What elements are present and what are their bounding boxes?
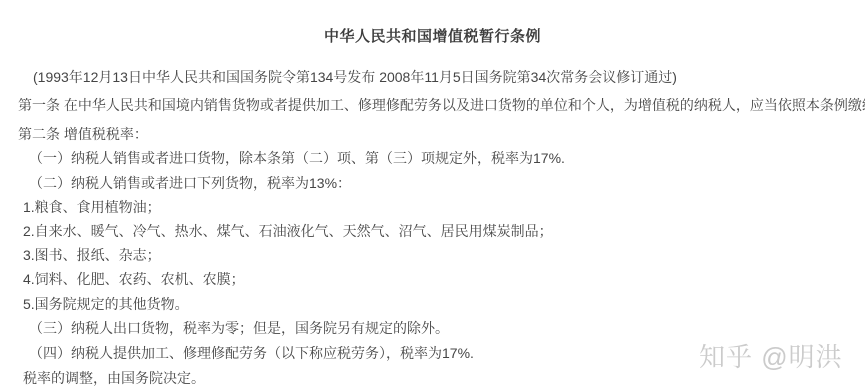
article-2-item-1: （一）纳税人销售或者进口货物，除本条第（二）项、第（三）项规定外，税率为17%.: [29, 151, 565, 166]
document-page: 中华人民共和国增值税暂行条例 (1993年12月13日中华人民共和国国务院令第1…: [0, 0, 865, 390]
goods-list-3: 3.图书、报纸、杂志；: [23, 248, 161, 263]
zhihu-watermark: 知乎 @明洪: [699, 343, 843, 371]
document-title: 中华人民共和国增值税暂行条例: [0, 25, 865, 46]
rate-adjustment-note: 税率的调整，由国务院决定。: [23, 371, 205, 386]
article-2-item-2: （二）纳税人销售或者进口下列货物，税率为13%：: [29, 176, 351, 191]
promulgation-note: (1993年12月13日中华人民共和国国务院令第134号发布 2008年11月5…: [33, 70, 677, 85]
goods-list-4: 4.饲料、化肥、农药、农机、农膜；: [23, 272, 245, 287]
goods-list-5: 5.国务院规定的其他货物。: [23, 297, 189, 312]
article-2-heading: 第二条 增值税税率：: [18, 127, 148, 142]
article-2-item-3: （三）纳税人出口货物，税率为零；但是，国务院另有规定的除外。: [29, 321, 449, 336]
goods-list-1: 1.粮食、食用植物油；: [23, 200, 161, 215]
goods-list-2: 2.自来水、暖气、冷气、热水、煤气、石油液化气、天然气、沼气、居民用煤炭制品；: [23, 224, 553, 239]
article-2-item-4: （四）纳税人提供加工、修理修配劳务（以下称应税劳务），税率为17%.: [29, 346, 474, 361]
article-1: 第一条 在中华人民共和国境内销售货物或者提供加工、修理修配劳务以及进口货物的单位…: [18, 98, 865, 113]
